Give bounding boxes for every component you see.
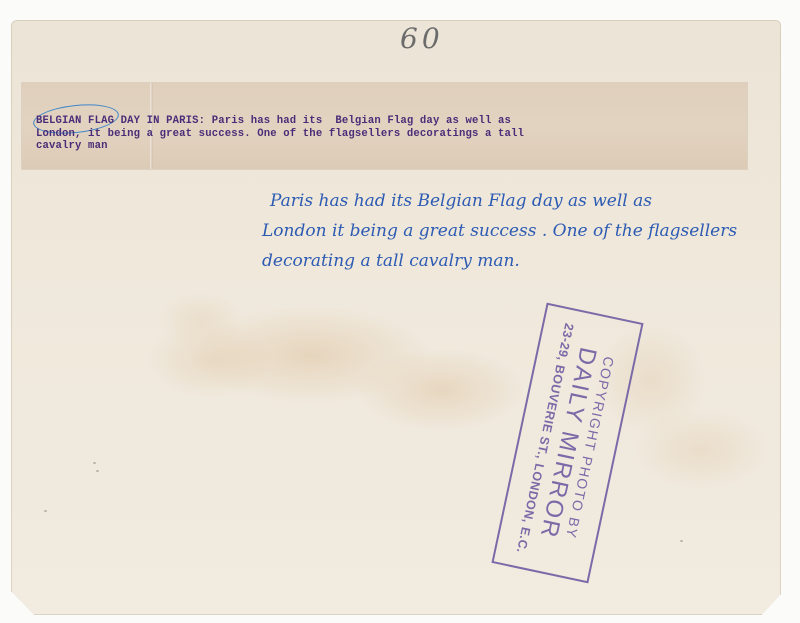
typed-caption: BELGIAN FLAG DAY IN PARIS: Paris has had… <box>36 115 524 153</box>
typed-caption-strip: BELGIAN FLAG DAY IN PARIS: Paris has had… <box>22 83 747 169</box>
handwritten-note: Paris has had its Belgian Flag day as we… <box>262 186 772 276</box>
copyright-stamp: COPYRIGHT PHOTO BY DAILY MIRROR 23-29, B… <box>496 300 656 580</box>
page-number: 60 <box>400 22 444 55</box>
caption-line-2: London, it being a great success. One of… <box>36 128 524 140</box>
paper-speck <box>93 462 96 464</box>
paper-speck <box>96 470 99 472</box>
caption-line-1: BELGIAN FLAG DAY IN PARIS: Paris has had… <box>36 115 511 127</box>
stamp-border: COPYRIGHT PHOTO BY DAILY MIRROR 23-29, B… <box>491 303 643 584</box>
handwritten-line-3: decorating a tall cavalry man. <box>262 246 772 276</box>
paper-speck <box>44 510 47 512</box>
stamp-text-block: COPYRIGHT PHOTO BY DAILY MIRROR 23-29, B… <box>494 305 641 581</box>
handwritten-line-1: Paris has had its Belgian Flag day as we… <box>262 186 772 216</box>
handwritten-line-2: London it being a great success . One of… <box>262 216 772 246</box>
paper-speck <box>680 540 683 542</box>
caption-line-3: cavalry man <box>36 140 108 152</box>
